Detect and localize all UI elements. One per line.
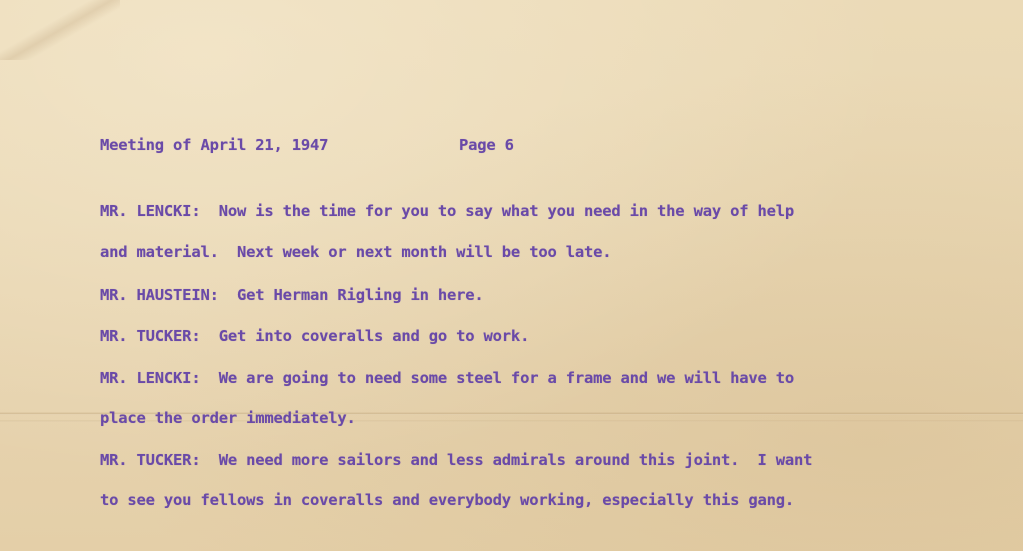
speech-text: Get into coveralls and go to work.: [219, 327, 529, 345]
transcript-line: and material. Next week or next month wi…: [100, 243, 611, 261]
speech-text: place the order immediately.: [100, 409, 356, 427]
transcript-line: MR. LENCKI: Now is the time for you to s…: [100, 202, 794, 220]
transcript-line: MR. LENCKI: We are going to need some st…: [100, 369, 794, 387]
speech-text: Now is the time for you to say what you …: [219, 202, 794, 220]
speaker-name: MR. LENCKI:: [100, 369, 200, 387]
speaker-name: MR. TUCKER:: [100, 451, 200, 469]
transcript-line: MR. TUCKER: Get into coveralls and go to…: [100, 327, 529, 345]
speech-text: and material. Next week or next month wi…: [100, 243, 611, 261]
speech-text: We are going to need some steel for a fr…: [219, 369, 794, 387]
transcript-line: place the order immediately.: [100, 409, 356, 427]
transcript-line: to see you fellows in coveralls and ever…: [100, 491, 794, 509]
speech-text: to see you fellows in coveralls and ever…: [100, 491, 794, 509]
transcript-line: MR. HAUSTEIN: Get Herman Rigling in here…: [100, 286, 484, 304]
meeting-heading: Meeting of April 21, 1947: [100, 136, 328, 154]
speaker-name: MR. HAUSTEIN:: [100, 286, 219, 304]
page-number: Page 6: [459, 136, 514, 154]
speaker-name: MR. LENCKI:: [100, 202, 200, 220]
speaker-name: MR. TUCKER:: [100, 327, 200, 345]
paper-corner-wear: [0, 0, 120, 60]
speech-text: We need more sailors and less admirals a…: [219, 451, 813, 469]
transcript-line: MR. TUCKER: We need more sailors and les…: [100, 451, 812, 469]
speech-text: Get Herman Rigling in here.: [237, 286, 484, 304]
